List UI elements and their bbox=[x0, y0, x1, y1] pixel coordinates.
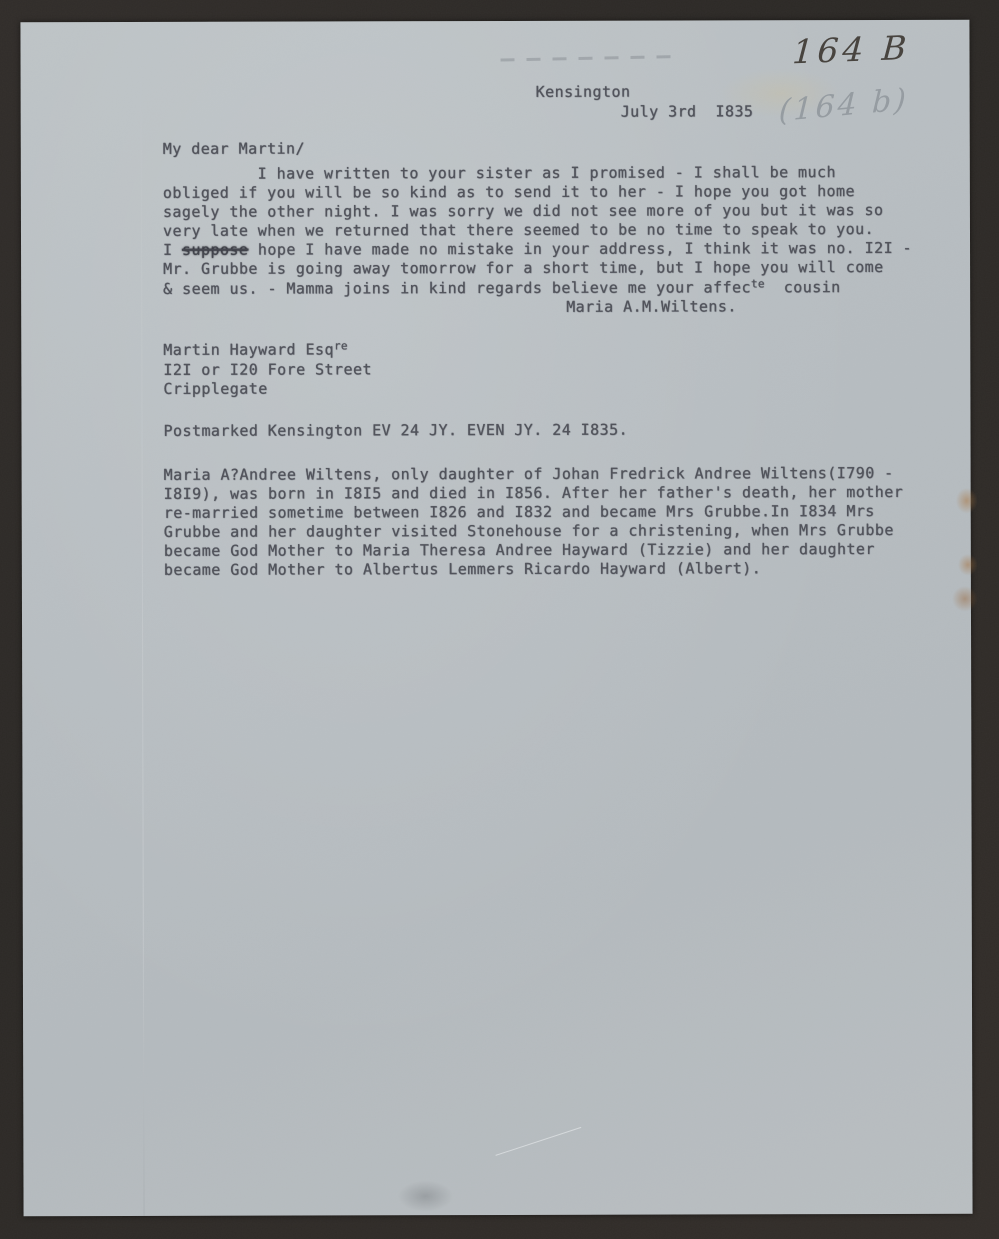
typed-segment: Martin Hayward Esq bbox=[163, 340, 334, 358]
pencil-annotation: (164 b) bbox=[778, 82, 910, 129]
typed-line: became God Mother to Maria Theresa Andre… bbox=[164, 540, 904, 561]
typed-salutation: My dear Martin/ bbox=[163, 139, 305, 158]
typed-line: My dear Martin/ bbox=[163, 139, 305, 158]
typed-segment: cousin bbox=[765, 278, 841, 296]
scanned-letter-page: { "annotations": { "pen": "164 B", "penc… bbox=[0, 0, 999, 1239]
typed-line: I8I9), was born in I8I5 and died in I856… bbox=[164, 483, 904, 504]
typed-line: Kensington bbox=[536, 83, 631, 102]
typed-line: sagely the other night. I was sorry we d… bbox=[163, 201, 912, 222]
typed-line: July 3rd I835 bbox=[621, 102, 754, 121]
typed-segment: Maria A.M.Wiltens. bbox=[566, 297, 737, 315]
typed-letter-body: I have written to your sister as I promi… bbox=[163, 163, 912, 300]
typed-place: Kensington bbox=[536, 83, 631, 102]
typed-postmark: Postmarked Kensington EV 24 JY. EVEN JY.… bbox=[163, 421, 628, 441]
typed-segment: Grubbe and her daughter visited Stonehou… bbox=[164, 521, 894, 541]
typed-date: July 3rd I835 bbox=[621, 102, 754, 121]
typed-line: obliged if you will be so kind as to sen… bbox=[163, 182, 912, 203]
typed-line: I have written to your sister as I promi… bbox=[163, 163, 912, 184]
typed-segment: My dear Martin/ bbox=[163, 139, 305, 157]
typed-line: I2I or I20 Fore Street bbox=[163, 360, 372, 380]
typed-segment: & seem us. - Mamma joins in kind regards… bbox=[163, 278, 751, 298]
typed-segment: I2I or I20 Fore Street bbox=[163, 360, 372, 379]
typed-line: very late when we returned that there se… bbox=[163, 220, 912, 241]
typed-segment: I8I9), was born in I8I5 and died in I856… bbox=[164, 483, 904, 503]
typed-genealogy-note: Maria A?Andree Wiltens, only daughter of… bbox=[164, 464, 904, 580]
erased-pencil-line bbox=[501, 55, 681, 62]
typed-address: Martin Hayward EsqreI2I or I20 Fore Stre… bbox=[163, 340, 372, 399]
typed-segment: Kensington bbox=[536, 83, 631, 101]
typed-segment: re-married sometime between I826 and I83… bbox=[164, 502, 875, 522]
typed-segment: Postmarked Kensington EV 24 JY. EVEN JY.… bbox=[163, 421, 628, 440]
typed-segment-sup: re bbox=[334, 339, 348, 352]
letter-paper: 164 B (164 b) Kensington July 3rd I835 M… bbox=[20, 20, 972, 1216]
typed-segment-strike: suppose bbox=[182, 241, 248, 259]
typed-segment-sup: te bbox=[751, 277, 765, 290]
typed-segment: Maria A?Andree Wiltens, only daughter of… bbox=[164, 464, 894, 484]
pen-annotation: 164 B bbox=[791, 28, 911, 72]
typed-segment: very late when we returned that there se… bbox=[163, 220, 874, 240]
paper-scratch bbox=[495, 1127, 581, 1156]
typed-line: Maria A?Andree Wiltens, only daughter of… bbox=[164, 464, 904, 485]
typed-line: Cripplegate bbox=[163, 380, 372, 400]
typed-line: I suppose hope I have made no mistake in… bbox=[163, 239, 912, 260]
typed-segment: July 3rd I835 bbox=[621, 102, 754, 120]
typed-segment: became God Mother to Maria Theresa Andre… bbox=[164, 540, 875, 560]
typed-segment: became God Mother to Albertus Lemmers Ri… bbox=[164, 560, 761, 580]
typed-segment: sagely the other night. I was sorry we d… bbox=[163, 201, 884, 221]
typed-line: became God Mother to Albertus Lemmers Ri… bbox=[164, 559, 904, 580]
paper-crease bbox=[140, 22, 144, 1216]
typed-line: Martin Hayward Esqre bbox=[163, 340, 372, 361]
typed-segment: I bbox=[163, 241, 182, 259]
typed-line: Grubbe and her daughter visited Stonehou… bbox=[164, 521, 904, 542]
typed-segment: I have written to your sister as I promi… bbox=[163, 163, 836, 183]
paper-smudge bbox=[395, 1179, 455, 1213]
typed-line: Maria A.M.Wiltens. bbox=[566, 297, 737, 317]
typed-segment: obliged if you will be so kind as to sen… bbox=[163, 182, 855, 202]
typed-signature: Maria A.M.Wiltens. bbox=[566, 297, 737, 317]
typed-segment: hope I have made no mistake in your addr… bbox=[248, 239, 912, 259]
typed-line: & seem us. - Mamma joins in kind regards… bbox=[163, 277, 912, 299]
typed-line: re-married sometime between I826 and I83… bbox=[164, 502, 904, 523]
typed-line: Mr. Grubbe is going away tomorrow for a … bbox=[163, 258, 912, 279]
typed-line: Postmarked Kensington EV 24 JY. EVEN JY.… bbox=[163, 421, 628, 441]
typed-segment: Mr. Grubbe is going away tomorrow for a … bbox=[163, 258, 884, 278]
typed-segment: Cripplegate bbox=[163, 380, 267, 398]
